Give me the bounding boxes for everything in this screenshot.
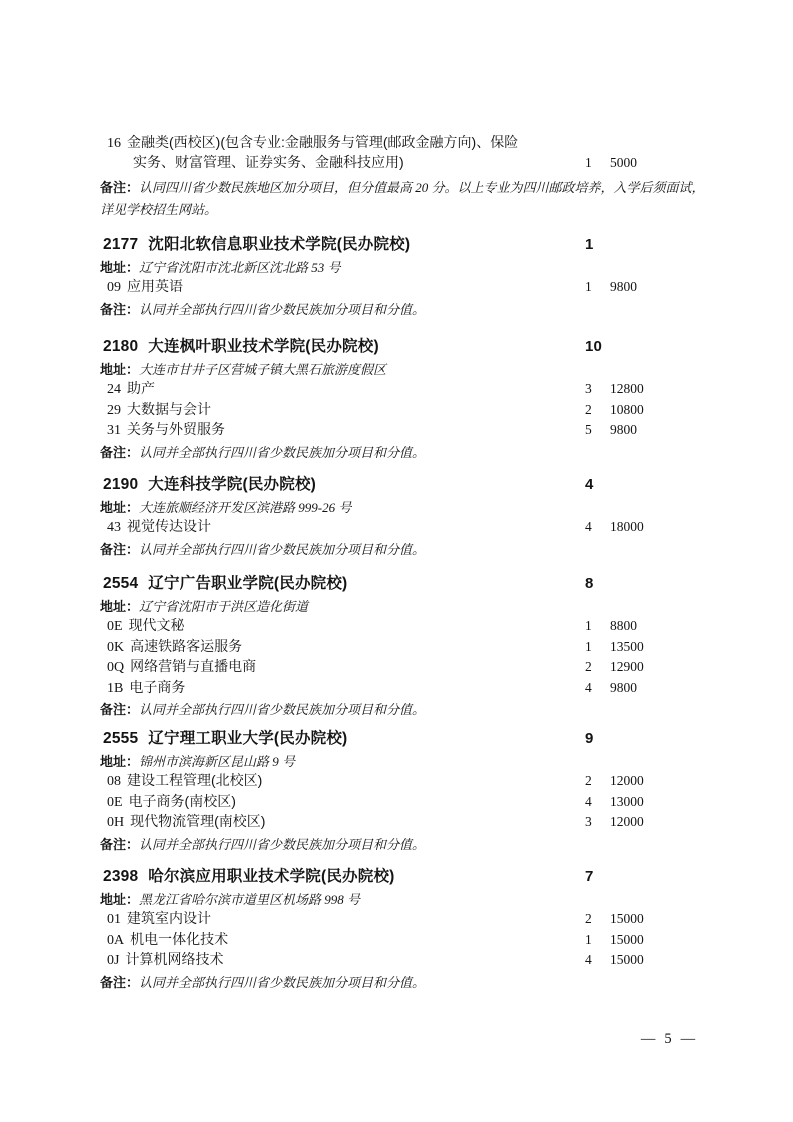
- major-code: 0K: [107, 640, 124, 655]
- remark-text: 认同并全部执行四川省少数民族加分项目和分值。: [139, 542, 425, 557]
- major-row: 01建筑室内设计 2 15000: [100, 909, 716, 930]
- school-header: 2555辽宁理工职业大学(民办院校) 9: [100, 728, 716, 750]
- major-name: 0A机电一体化技术: [100, 930, 585, 951]
- school-name: 大连科技学院(民办院校): [148, 476, 316, 493]
- address-label: 地址：: [100, 754, 139, 769]
- school-section: 2398哈尔滨应用职业技术学院(民办院校) 7 地址：黑龙江省哈尔滨市道里区机场…: [100, 866, 716, 993]
- major-tuition-fee: 12900: [610, 657, 670, 677]
- school-address: 大连市甘井子区营城子镇大黑石旅游度假区: [139, 362, 386, 377]
- school-name: 辽宁理工职业大学(民办院校): [148, 730, 347, 747]
- address-label: 地址：: [100, 362, 139, 377]
- major-code: 09: [107, 280, 121, 295]
- school-code: 2177: [103, 236, 138, 253]
- school-section: 2190大连科技学院(民办院校) 4 地址：大连旅顺经济开发区滨港路 999-2…: [100, 474, 716, 560]
- major-row: 0A机电一体化技术 1 15000: [100, 930, 716, 951]
- remark-line: 备注：认同四川省少数民族地区加分项目，但分值最高 20 分。以上专业为四川邮政培…: [100, 177, 714, 220]
- major-plan-count: 4: [585, 792, 610, 812]
- major-tuition-fee: 13000: [610, 792, 670, 812]
- major-name: 0H现代物流管理(南校区): [100, 812, 585, 833]
- remark-label: 备注：: [100, 445, 139, 460]
- major-line-1: 16金融类(西校区)(包含专业:金融服务与管理(邮政金融方向)、保险: [107, 133, 585, 153]
- major-code: 0A: [107, 933, 124, 948]
- school-header: 2177沈阳北软信息职业技术学院(民办院校) 1: [100, 234, 716, 256]
- major-tuition-fee: 9800: [610, 420, 670, 440]
- major-name: 0Q网络营销与直播电商: [100, 657, 585, 678]
- page-number: 5: [664, 1031, 671, 1047]
- major-plan-count: 3: [585, 379, 610, 399]
- major-tuition-fee: 5000: [610, 153, 670, 172]
- major-name: 09应用英语: [100, 277, 585, 298]
- major-code: 01: [107, 912, 121, 927]
- major-name: 24助产: [100, 379, 585, 400]
- remark-text: 认同并全部执行四川省少数民族加分项目和分值。: [139, 302, 425, 317]
- major-row: 43视觉传达设计 4 18000: [100, 517, 716, 538]
- school-name: 哈尔滨应用职业技术学院(民办院校): [148, 868, 394, 885]
- major-plan-count: 4: [585, 517, 610, 537]
- remark-label: 备注：: [100, 542, 139, 557]
- major-row: 08建设工程管理(北校区) 2 12000: [100, 771, 716, 792]
- remark-text: 认同并全部执行四川省少数民族加分项目和分值。: [139, 975, 425, 990]
- major-code: 0J: [107, 953, 119, 968]
- school-name: 沈阳北软信息职业技术学院(民办院校): [148, 236, 410, 253]
- major-code: 08: [107, 774, 121, 789]
- major-plan-count: 2: [585, 657, 610, 677]
- major-name: 16金融类(西校区)(包含专业:金融服务与管理(邮政金融方向)、保险 实务、财富…: [100, 133, 585, 172]
- address-line: 地址：辽宁省沈阳市沈北新区沈北路 53 号: [100, 258, 716, 277]
- remark-line: 备注：认同并全部执行四川省少数民族加分项目和分值。: [100, 699, 716, 721]
- major-tuition-fee: 9800: [610, 678, 670, 698]
- document-page: 16金融类(西校区)(包含专业:金融服务与管理(邮政金融方向)、保险 实务、财富…: [0, 0, 793, 1122]
- school-code: 2554: [103, 575, 138, 592]
- school-title: 2398哈尔滨应用职业技术学院(民办院校): [103, 866, 585, 888]
- school-total-count: 9: [585, 728, 625, 750]
- school-header: 2180大连枫叶职业技术学院(民办院校) 10: [100, 336, 716, 358]
- major-name: 43视觉传达设计: [100, 517, 585, 538]
- major-plan-count: 2: [585, 400, 610, 420]
- remark-label: 备注：: [100, 975, 139, 990]
- footer-dash-left: —: [641, 1031, 656, 1047]
- major-row: 0K高速铁路客运服务 1 13500: [100, 637, 716, 658]
- major-name: 1B电子商务: [100, 678, 585, 699]
- school-section: 2177沈阳北软信息职业技术学院(民办院校) 1 地址：辽宁省沈阳市沈北新区沈北…: [100, 234, 716, 320]
- address-label: 地址：: [100, 599, 139, 614]
- major-row: 0H现代物流管理(南校区) 3 12000: [100, 812, 716, 833]
- major-name: 0K高速铁路客运服务: [100, 637, 585, 658]
- major-row: 1B电子商务 4 9800: [100, 678, 716, 699]
- major-tuition-fee: 15000: [610, 930, 670, 950]
- continued-major-block: 16金融类(西校区)(包含专业:金融服务与管理(邮政金融方向)、保险 实务、财富…: [100, 133, 716, 220]
- remark-line: 备注：认同并全部执行四川省少数民族加分项目和分值。: [100, 539, 716, 561]
- remark-text: 认同并全部执行四川省少数民族加分项目和分值。: [139, 445, 425, 460]
- major-code: 1B: [107, 681, 123, 696]
- major-tuition-fee: 12000: [610, 812, 670, 832]
- major-plan-count: 1: [585, 277, 610, 297]
- remark-text: 认同并全部执行四川省少数民族加分项目和分值。: [139, 702, 425, 717]
- major-name: 01建筑室内设计: [100, 909, 585, 930]
- major-plan-count: 4: [585, 950, 610, 970]
- footer-dash-right: —: [681, 1031, 696, 1047]
- major-name: 29大数据与会计: [100, 400, 585, 421]
- address-line: 地址：大连旅顺经济开发区滨港路 999-26 号: [100, 498, 716, 517]
- address-line: 地址：锦州市滨海新区昆山路 9 号: [100, 752, 716, 771]
- school-code: 2398: [103, 868, 138, 885]
- major-row: 16金融类(西校区)(包含专业:金融服务与管理(邮政金融方向)、保险 实务、财富…: [100, 133, 716, 172]
- major-code: 0Q: [107, 660, 124, 675]
- school-title: 2177沈阳北软信息职业技术学院(民办院校): [103, 234, 585, 256]
- major-row: 0J计算机网络技术 4 15000: [100, 950, 716, 971]
- remark-label: 备注：: [100, 702, 139, 717]
- school-code: 2555: [103, 730, 138, 747]
- school-address: 锦州市滨海新区昆山路 9 号: [139, 754, 295, 769]
- address-label: 地址：: [100, 260, 139, 275]
- major-code: 29: [107, 403, 121, 418]
- school-address: 黑龙江省哈尔滨市道里区机场路 998 号: [139, 892, 360, 907]
- remark-line: 备注：认同并全部执行四川省少数民族加分项目和分值。: [100, 299, 716, 321]
- major-plan-count: 1: [585, 153, 610, 172]
- school-header: 2398哈尔滨应用职业技术学院(民办院校) 7: [100, 866, 716, 888]
- remark-label: 备注：: [100, 837, 139, 852]
- school-header: 2554辽宁广告职业学院(民办院校) 8: [100, 573, 716, 595]
- school-title: 2190大连科技学院(民办院校): [103, 474, 585, 496]
- major-code: 24: [107, 382, 121, 397]
- remark-text: 认同并全部执行四川省少数民族加分项目和分值。: [139, 837, 425, 852]
- major-plan-count: 1: [585, 616, 610, 636]
- school-section: 2555辽宁理工职业大学(民办院校) 9 地址：锦州市滨海新区昆山路 9 号 0…: [100, 728, 716, 855]
- address-label: 地址：: [100, 500, 139, 515]
- major-code: 43: [107, 520, 121, 535]
- major-plan-count: 5: [585, 420, 610, 440]
- major-plan-count: 1: [585, 930, 610, 950]
- school-title: 2554辽宁广告职业学院(民办院校): [103, 573, 585, 595]
- major-code: 31: [107, 423, 121, 438]
- major-name: 0E电子商务(南校区): [100, 792, 585, 813]
- school-header: 2190大连科技学院(民办院校) 4: [100, 474, 716, 496]
- address-label: 地址：: [100, 892, 139, 907]
- school-address: 大连旅顺经济开发区滨港路 999-26 号: [139, 500, 351, 515]
- remark-line: 备注：认同并全部执行四川省少数民族加分项目和分值。: [100, 972, 716, 994]
- school-code: 2180: [103, 338, 138, 355]
- school-code: 2190: [103, 476, 138, 493]
- major-line-2: 实务、财富管理、证券实务、金融科技应用): [133, 153, 585, 172]
- school-address: 辽宁省沈阳市于洪区造化街道: [139, 599, 308, 614]
- address-line: 地址：黑龙江省哈尔滨市道里区机场路 998 号: [100, 890, 716, 909]
- major-name: 0J计算机网络技术: [100, 950, 585, 971]
- major-tuition-fee: 13500: [610, 637, 670, 657]
- school-name: 大连枫叶职业技术学院(民办院校): [148, 338, 379, 355]
- major-row: 24助产 3 12800: [100, 379, 716, 400]
- school-name: 辽宁广告职业学院(民办院校): [148, 575, 347, 592]
- remark-label: 备注：: [100, 180, 139, 195]
- major-plan-count: 4: [585, 678, 610, 698]
- major-row: 31关务与外贸服务 5 9800: [100, 420, 716, 441]
- school-title: 2180大连枫叶职业技术学院(民办院校): [103, 336, 585, 358]
- major-name: 31关务与外贸服务: [100, 420, 585, 441]
- school-section: 2180大连枫叶职业技术学院(民办院校) 10 地址：大连市甘井子区营城子镇大黑…: [100, 336, 716, 463]
- address-line: 地址：大连市甘井子区营城子镇大黑石旅游度假区: [100, 360, 716, 379]
- major-tuition-fee: 15000: [610, 909, 670, 929]
- major-tuition-fee: 18000: [610, 517, 670, 537]
- remark-line: 备注：认同并全部执行四川省少数民族加分项目和分值。: [100, 834, 716, 856]
- page-footer: —5—: [603, 1029, 733, 1049]
- remark-label: 备注：: [100, 302, 139, 317]
- major-row: 0Q网络营销与直播电商 2 12900: [100, 657, 716, 678]
- major-code: 0E: [107, 795, 123, 810]
- school-address: 辽宁省沈阳市沈北新区沈北路 53 号: [139, 260, 341, 275]
- major-plan-count: 2: [585, 771, 610, 791]
- major-tuition-fee: 12800: [610, 379, 670, 399]
- school-title: 2555辽宁理工职业大学(民办院校): [103, 728, 585, 750]
- major-name: 08建设工程管理(北校区): [100, 771, 585, 792]
- major-name: 0E现代文秘: [100, 616, 585, 637]
- major-tuition-fee: 8800: [610, 616, 670, 636]
- major-tuition-fee: 10800: [610, 400, 670, 420]
- school-total-count: 4: [585, 474, 625, 496]
- school-total-count: 10: [585, 336, 625, 358]
- major-plan-count: 2: [585, 909, 610, 929]
- major-row: 0E现代文秘 1 8800: [100, 616, 716, 637]
- major-plan-count: 3: [585, 812, 610, 832]
- major-code: 0H: [107, 815, 124, 830]
- remark-line: 备注：认同并全部执行四川省少数民族加分项目和分值。: [100, 442, 716, 464]
- major-tuition-fee: 9800: [610, 277, 670, 297]
- school-total-count: 8: [585, 573, 625, 595]
- major-row: 0E电子商务(南校区) 4 13000: [100, 792, 716, 813]
- major-row: 29大数据与会计 2 10800: [100, 400, 716, 421]
- school-section: 2554辽宁广告职业学院(民办院校) 8 地址：辽宁省沈阳市于洪区造化街道 0E…: [100, 573, 716, 721]
- major-code: 0E: [107, 619, 123, 634]
- school-total-count: 7: [585, 866, 625, 888]
- major-tuition-fee: 12000: [610, 771, 670, 791]
- remark-text: 认同四川省少数民族地区加分项目，但分值最高 20 分。以上专业为四川邮政培养，入…: [100, 180, 705, 217]
- major-code: 16: [107, 136, 121, 151]
- address-line: 地址：辽宁省沈阳市于洪区造化街道: [100, 597, 716, 616]
- major-tuition-fee: 15000: [610, 950, 670, 970]
- major-plan-count: 1: [585, 637, 610, 657]
- major-row: 09应用英语 1 9800: [100, 277, 716, 298]
- school-total-count: 1: [585, 234, 625, 256]
